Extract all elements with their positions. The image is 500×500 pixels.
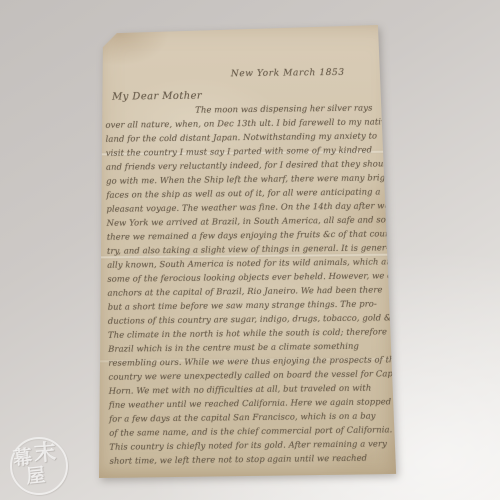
handwriting-line: short time, we left there not to stop ag… <box>109 450 396 468</box>
letter-body: The moon was dispensing her silver rayso… <box>105 100 396 467</box>
letter-dateline: New York March 1853 <box>231 68 345 79</box>
letter-text: New York March 1853 My Dear Mother The m… <box>96 23 400 480</box>
letter-paper: New York March 1853 My Dear Mother The m… <box>99 25 397 478</box>
photo-of-letter: 幕 末 屋 New York March 1853 My Dear Mother… <box>0 0 500 500</box>
letter-paper-surface: New York March 1853 My Dear Mother The m… <box>99 25 397 478</box>
letter-salutation: My Dear Mother <box>112 91 202 103</box>
watermark-kanji-icon: 屋 <box>25 460 47 489</box>
